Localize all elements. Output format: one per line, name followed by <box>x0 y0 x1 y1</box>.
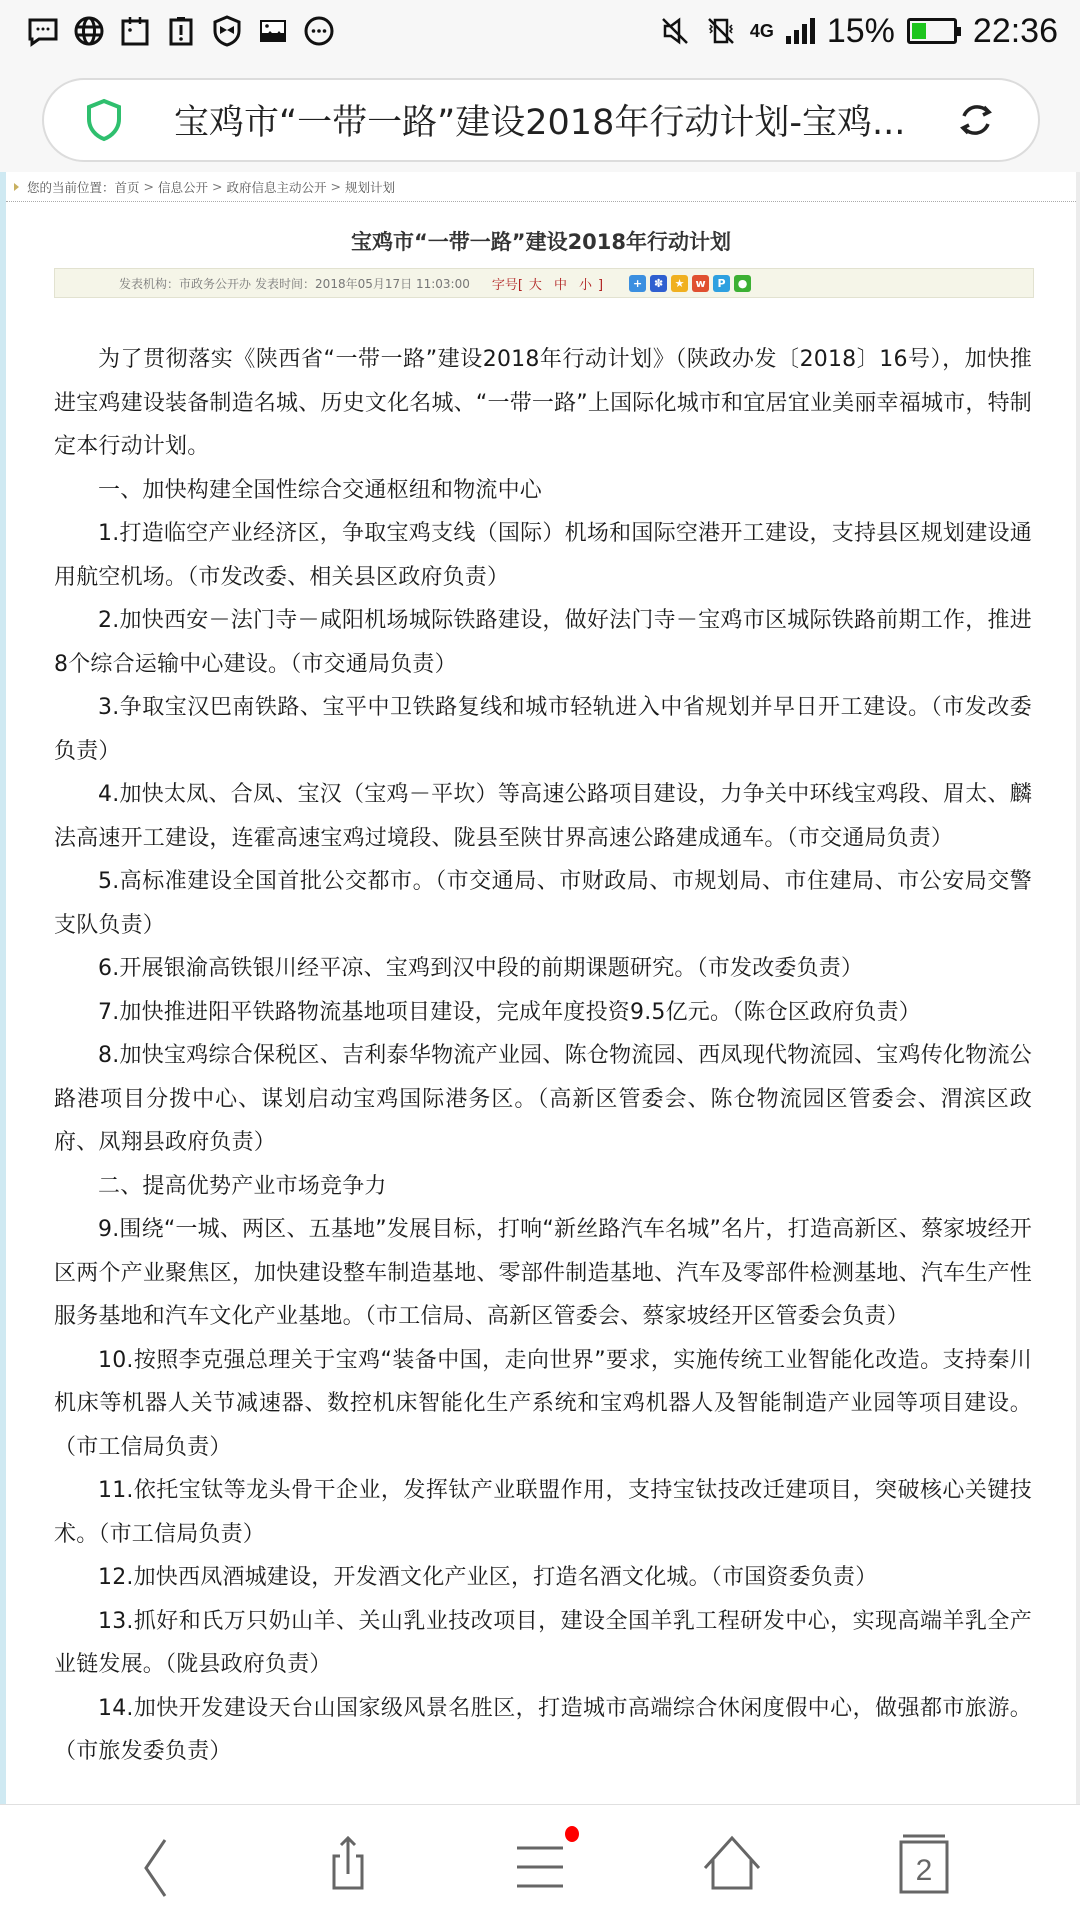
image-icon <box>256 14 290 48</box>
section-heading-2: 二、提高优势产业市场竞争力 <box>54 1165 1032 1209</box>
vibrate-off-icon <box>704 14 738 48</box>
paragraph-item: 2.加快西安－法门寺－咸阳机场城际铁路建设，做好法门寺－宝鸡市区城际铁路前期工作… <box>54 599 1032 686</box>
share-tqq-icon[interactable]: P <box>713 275 730 292</box>
battery-percent: 15% <box>827 12 895 51</box>
font-size-large[interactable]: 大 <box>529 278 542 293</box>
breadcrumb-separator: > <box>212 179 222 194</box>
menu-icon <box>505 1828 575 1898</box>
svg-text:2: 2 <box>916 1854 933 1887</box>
share-more-icon[interactable]: + <box>629 275 646 292</box>
address-bar[interactable]: 宝鸡市“一带一路”建设2018年行动计划-宝鸡... <box>42 78 1040 162</box>
message-icon <box>26 14 60 48</box>
publisher-label: 发表机构： <box>119 275 179 292</box>
browser-toolbar: 宝鸡市“一带一路”建设2018年行动计划-宝鸡... <box>0 62 1080 172</box>
paragraph-item: 8.加快宝鸡综合保税区、吉利泰华物流产业园、陈仓物流园、西凤现代物流园、宝鸡传化… <box>54 1034 1032 1165</box>
home-button[interactable] <box>687 1818 777 1908</box>
globe-icon <box>72 14 106 48</box>
breadcrumb-arrow-icon <box>14 183 19 191</box>
refresh-icon[interactable] <box>954 98 998 142</box>
article-meta-bar: 发表机构： 市政务公开办 发表时间： 2018年05月17日 11:03:00 … <box>54 268 1034 298</box>
paragraph-item: 3.争取宝汉巴南铁路、宝平中卫铁路复线和城市轻轨进入中省规划并早日开工建设。（市… <box>54 686 1032 773</box>
tabs-icon: 2 <box>889 1828 959 1898</box>
system-status: 4G 15% 22:36 <box>658 12 1058 51</box>
notification-icons <box>26 14 336 48</box>
font-size-label: 字号[ <box>492 278 523 293</box>
paragraph-item: 6.开展银渝高铁银川经平凉、宝鸡到汉中段的前期课题研究。（市发改委负责） <box>54 947 1032 991</box>
alert-clipboard-icon <box>164 14 198 48</box>
article-body: 为了贯彻落实《陕西省“一带一路”建设2018年行动计划》（陕政办发〔2018〕1… <box>6 298 1076 1774</box>
share-weibo-icon[interactable]: w <box>692 275 709 292</box>
breadcrumb-info-public[interactable]: 信息公开 <box>158 178 208 196</box>
paragraph-item: 11.依托宝钛等龙头骨干企业，发挥钛产业联盟作用，支持宝钛技改迁建项目，突破核心… <box>54 1469 1032 1556</box>
battery-icon <box>907 18 957 44</box>
shield-bowtie-icon <box>210 14 244 48</box>
paragraph-item: 12.加快西凤酒城建设，开发酒文化产业区，打造名酒文化城。（市国资委负责） <box>54 1556 1032 1600</box>
share-icon <box>313 1828 383 1898</box>
breadcrumb-home[interactable]: 首页 <box>115 178 140 196</box>
calendar-icon <box>118 14 152 48</box>
breadcrumb-separator: > <box>331 179 341 194</box>
browser-bottom-nav: 2 <box>0 1804 1080 1920</box>
paragraph-item: 1.打造临空产业经济区，争取宝鸡支线（国际）机场和国际空港开工建设，支持县区规划… <box>54 512 1032 599</box>
tabs-button[interactable]: 2 <box>879 1818 969 1908</box>
font-size-control: 字号[大中小] <box>492 274 603 293</box>
signal-strength-icon <box>786 18 815 44</box>
publisher: 市政务公开办 <box>179 275 251 292</box>
share-icons: + ✽ ★ w P ● <box>629 275 751 292</box>
breadcrumb-plans[interactable]: 规划计划 <box>345 178 395 196</box>
page-title-in-address-bar[interactable]: 宝鸡市“一带一路”建设2018年行动计划-宝鸡... <box>174 95 934 145</box>
font-size-small[interactable]: 小 <box>579 278 592 293</box>
share-baidu-icon[interactable]: ✽ <box>650 275 667 292</box>
back-button[interactable] <box>111 1818 201 1908</box>
mute-icon <box>658 14 692 48</box>
breadcrumb-gov-info[interactable]: 政府信息主动公开 <box>227 178 327 196</box>
menu-button[interactable] <box>495 1818 585 1908</box>
font-size-medium[interactable]: 中 <box>554 278 567 293</box>
paragraph-item: 10.按照李克强总理关于宝鸡“装备中国，走向世界”要求，实施传统工业智能化改造。… <box>54 1339 1032 1470</box>
share-button[interactable] <box>303 1818 393 1908</box>
paragraph-item: 7.加快推进阳平铁路物流基地项目建设，完成年度投资9.5亿元。（陈仓区政府负责） <box>54 991 1032 1035</box>
notification-dot <box>565 1826 579 1842</box>
article-title: 宝鸡市“一带一路”建设2018年行动计划 <box>6 226 1076 256</box>
publish-time: 2018年05月17日 11:03:00 <box>315 275 470 292</box>
publish-time-label: 发表时间： <box>255 275 315 292</box>
breadcrumb-separator: > <box>144 179 154 194</box>
network-type: 4G <box>750 21 774 42</box>
paragraph-item: 5.高标准建设全国首批公交都市。（市交通局、市财政局、市规划局、市住建局、市公安… <box>54 860 1032 947</box>
breadcrumb-prefix: 您的当前位置： <box>27 178 115 196</box>
section-heading-1: 一、加快构建全国性综合交通枢纽和物流中心 <box>54 469 1032 513</box>
chevron-left-icon <box>121 1828 191 1898</box>
paragraph-intro: 为了贯彻落实《陕西省“一带一路”建设2018年行动计划》（陕政办发〔2018〕1… <box>54 338 1032 469</box>
font-size-close: ] <box>598 278 603 293</box>
status-bar: 4G 15% 22:36 <box>0 0 1080 62</box>
share-wechat-icon[interactable]: ● <box>734 275 751 292</box>
paragraph-item: 4.加快太凤、合凤、宝汉（宝鸡－平坎）等高速公路项目建设，力争关中环线宝鸡段、眉… <box>54 773 1032 860</box>
paragraph-item: 9.围绕“一城、两区、五基地”发展目标，打响“新丝路汽车名城”名片，打造高新区、… <box>54 1208 1032 1339</box>
paragraph-item: 14.加快开发建设天台山国家级风景名胜区，打造城市高端综合休闲度假中心，做强都市… <box>54 1687 1032 1774</box>
more-dots-icon <box>302 14 336 48</box>
web-page-content[interactable]: 您的当前位置： 首页 > 信息公开 > 政府信息主动公开 > 规划计划 宝鸡市“… <box>0 172 1080 1804</box>
home-icon <box>697 1828 767 1898</box>
clock: 22:36 <box>973 12 1058 51</box>
breadcrumb: 您的当前位置： 首页 > 信息公开 > 政府信息主动公开 > 规划计划 <box>6 172 1076 202</box>
share-qzone-icon[interactable]: ★ <box>671 275 688 292</box>
security-shield-icon[interactable] <box>84 98 124 142</box>
paragraph-item: 13.抓好和氏万只奶山羊、关山乳业技改项目，建设全国羊乳工程研发中心，实现高端羊… <box>54 1600 1032 1687</box>
